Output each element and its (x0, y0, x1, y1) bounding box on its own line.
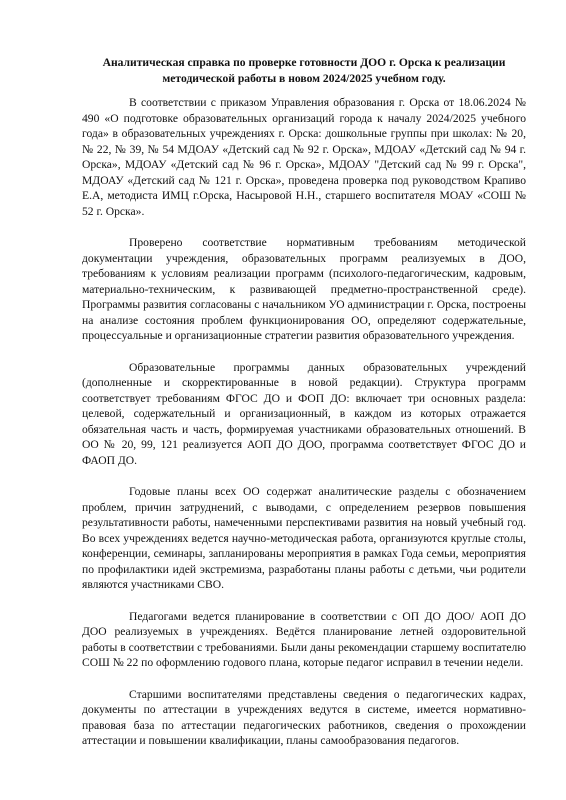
paragraph-compliance-check: Проверено соответствие нормативным требо… (82, 235, 526, 344)
paragraph-staff-records: Старшими воспитателями представлены свед… (82, 687, 526, 749)
paragraph-annual-plans: Годовые планы всех ОО содержат аналитиче… (82, 484, 526, 593)
document-title: Аналитическая справка по проверке готовн… (82, 55, 526, 87)
paragraph-order-reference: В соответствии с приказом Управления обр… (82, 95, 526, 219)
document-page: Аналитическая справка по проверке готовн… (82, 55, 526, 765)
paragraph-planning: Педагогами ведется планирование в соотве… (82, 609, 526, 671)
paragraph-educational-programs: Образовательные программы данных образов… (82, 360, 526, 469)
